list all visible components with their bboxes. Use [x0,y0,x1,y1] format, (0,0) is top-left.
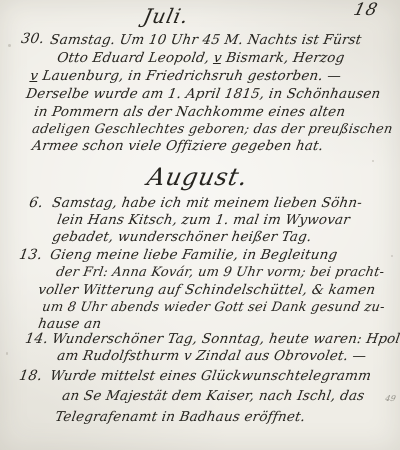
diary-line: Otto Eduard Leopold, v Bismark, Herzog [56,51,346,66]
diary-line: an Se Majestät dem Kaiser, nach Ischl, d… [61,389,365,404]
diary-line: um 8 Uhr abends wieder Gott sei Dank ges… [41,300,386,315]
diary-line: adeligen Geschlechtes geboren; das der p… [31,122,394,137]
diary-line: gebadet, wunderschöner heißer Tag. [51,230,313,245]
line-part: Bismark, Herzog [220,50,345,66]
diary-line: hause an [37,317,102,332]
entry-day: 6. [28,196,44,211]
diary-line: Gieng meine liebe Familie, in Begleitung [49,248,339,263]
entry-day: 13. [18,248,43,263]
diary-line: am Rudolfsthurm v Zindal aus Obrovolet. … [56,349,367,364]
month-title-august: August. [146,170,249,185]
diary-line: Telegrafenamt in Badhaus eröffnet. [54,410,306,425]
diary-line: voller Witterung auf Schindelschüttel, &… [37,283,376,298]
entry-day: 18. [18,369,43,384]
entry-day: 30. [20,32,45,47]
scan-speck [391,255,393,257]
diary-line: Wurde mittelst eines Glückwunschtelegram… [49,369,372,384]
diary-line: Samstag. Um 10 Uhr 45 M. Nachts ist Fürs… [49,33,363,48]
diary-line: Samstag, habe ich mit meinem lieben Söhn… [51,196,363,211]
page-number: 18 [352,3,379,18]
margin-note: 49 [384,391,397,406]
diary-line: in Pommern als der Nachkomme eines alten [33,105,346,120]
scan-speck [372,160,374,162]
scan-speck [6,352,8,355]
line-part: Lauenburg, in Friedrichsruh gestorben. — [37,68,343,84]
diary-line: Armee schon viele Offiziere gegeben hat. [31,139,324,154]
diary-line: v Lauenburg, in Friedrichsruh gestorben.… [29,69,342,84]
entry-day: 14. [24,332,49,347]
line-part: Otto Eduard Leopold, [56,50,215,66]
scan-speck [8,44,11,47]
month-title-juli: Juli. [142,9,190,24]
diary-line: Derselbe wurde am 1. April 1815, in Schö… [25,87,382,102]
diary-line: der Frl: Anna Kovár, um 9 Uhr vorm; bei … [55,265,385,280]
diary-page: 18 Juli. 30. Samstag. Um 10 Uhr 45 M. Na… [0,0,400,450]
diary-line: lein Hans Kitsch, zum 1. mal im Wywovar [56,213,351,228]
diary-line: Wunderschöner Tag, Sonntag, heute waren:… [51,332,400,347]
